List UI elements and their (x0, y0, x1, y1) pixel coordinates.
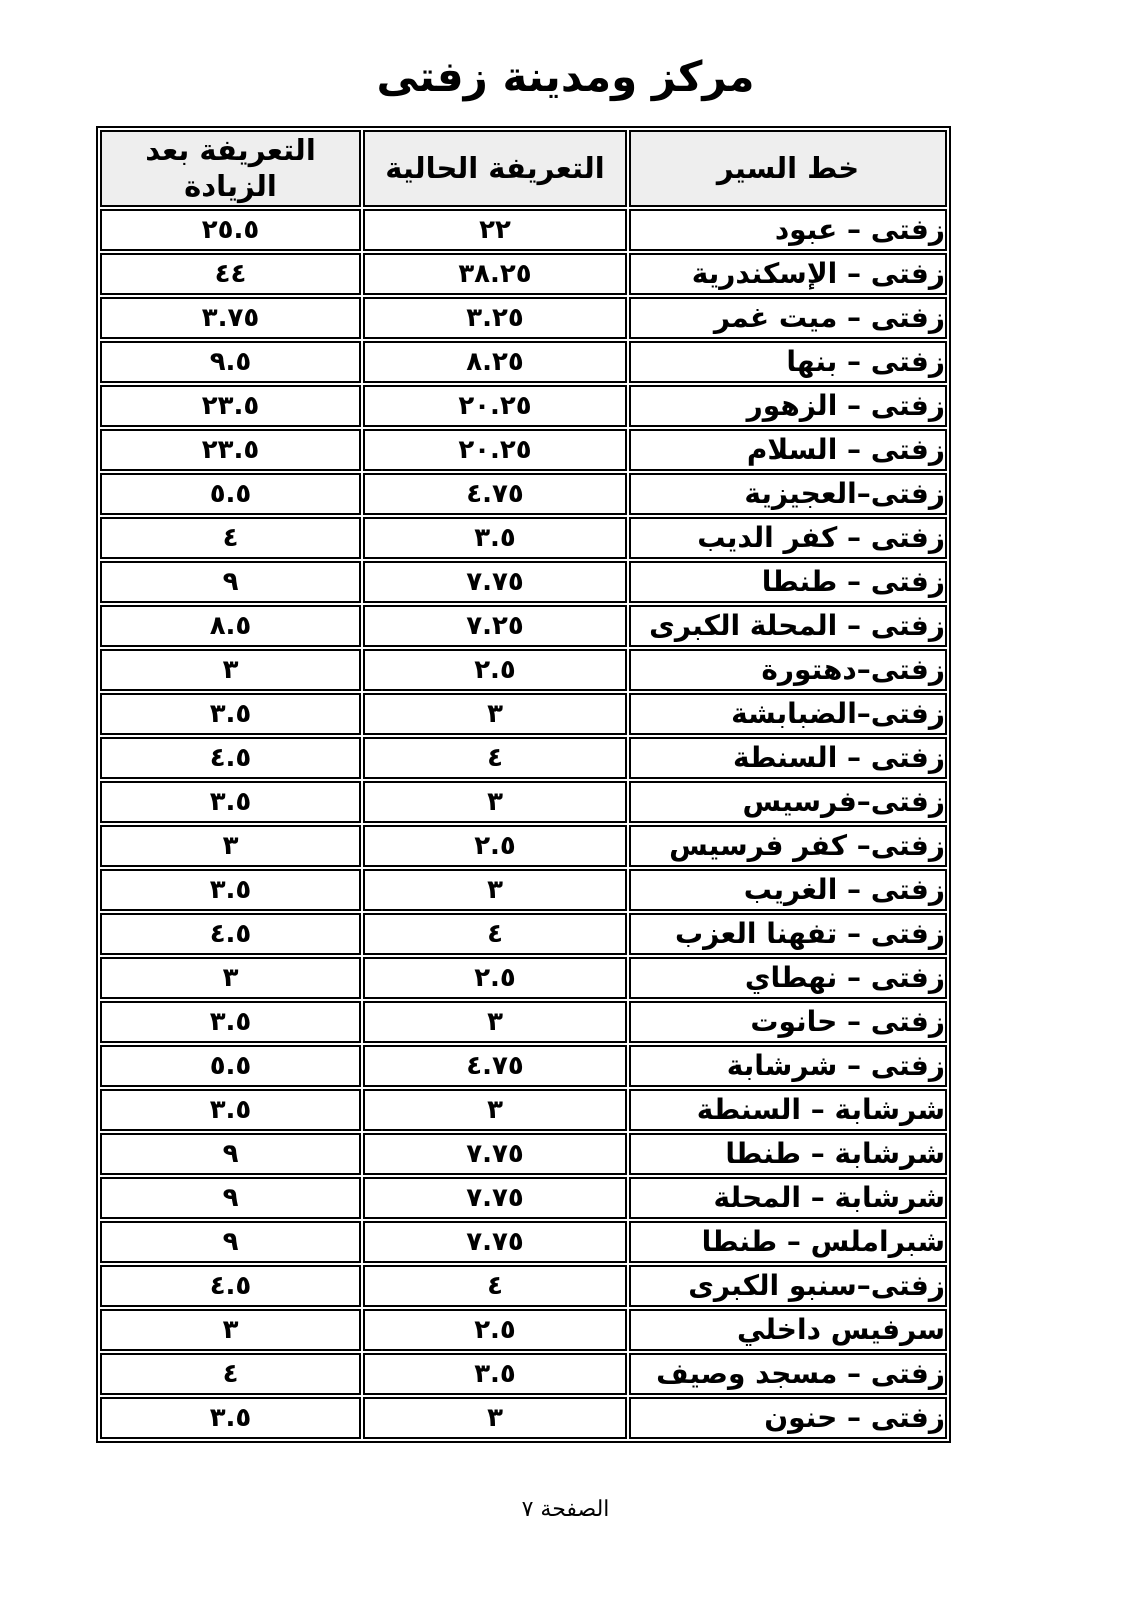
route-cell: زفتى – شرشابة (629, 1045, 947, 1087)
table-row: زفتى–فرسيس ٣ ٣.٥ (100, 781, 947, 823)
route-cell: زفتى – نهطاي (629, 957, 947, 999)
current-tariff-cell: ٤.٧٥ (363, 473, 627, 515)
route-cell: زفتى–دهتورة (629, 649, 947, 691)
after-tariff-cell: ٩ (100, 1177, 361, 1219)
route-cell: زفتى – ميت غمر (629, 297, 947, 339)
after-tariff-cell: ٩.٥ (100, 341, 361, 383)
after-tariff-cell: ٣.٥ (100, 781, 361, 823)
current-tariff-cell: ٣ (363, 781, 627, 823)
after-tariff-cell: ٤٤ (100, 253, 361, 295)
after-tariff-cell: ٢٣.٥ (100, 429, 361, 471)
after-tariff-cell: ٣ (100, 825, 361, 867)
after-tariff-cell: ٣ (100, 957, 361, 999)
after-tariff-cell: ٣.٧٥ (100, 297, 361, 339)
table-row: زفتى – نهطاي ٢.٥ ٣ (100, 957, 947, 999)
table-row: سرفيس داخلي ٢.٥ ٣ (100, 1309, 947, 1351)
table-row: زفتى– كفر فرسيس ٢.٥ ٣ (100, 825, 947, 867)
current-tariff-cell: ٣ (363, 1089, 627, 1131)
route-cell: زفتى – الزهور (629, 385, 947, 427)
current-tariff-cell: ٢٠.٢٥ (363, 429, 627, 471)
route-cell: زفتى – طنطا (629, 561, 947, 603)
table-row: شرشابة – المحلة ٧.٧٥ ٩ (100, 1177, 947, 1219)
table-row: زفتى – مسجد وصيف ٣.٥ ٤ (100, 1353, 947, 1395)
table-row: زفتى–سنبو الكبرى ٤ ٤.٥ (100, 1265, 947, 1307)
table-row: زفتى – السلام ٢٠.٢٥ ٢٣.٥ (100, 429, 947, 471)
route-cell: زفتى – بنها (629, 341, 947, 383)
tariff-table: خط السير التعريفة الحالية التعريفة بعد ا… (96, 126, 951, 1443)
current-tariff-cell: ٤ (363, 737, 627, 779)
table-row: زفتى – حانوت ٣ ٣.٥ (100, 1001, 947, 1043)
page-number: الصفحة ٧ (0, 1497, 1131, 1522)
table-row: زفتى–الضبابشة ٣ ٣.٥ (100, 693, 947, 735)
current-tariff-cell: ٢.٥ (363, 957, 627, 999)
route-cell: شرشابة – المحلة (629, 1177, 947, 1219)
route-cell: زفتى – كفر الديب (629, 517, 947, 559)
route-cell: زفتى – السلام (629, 429, 947, 471)
header-after-increase-tariff: التعريفة بعد الزيادة (100, 130, 361, 207)
after-tariff-cell: ٢٣.٥ (100, 385, 361, 427)
table-row: زفتى – ميت غمر ٣.٢٥ ٣.٧٥ (100, 297, 947, 339)
table-row: زفتى – المحلة الكبرى ٧.٢٥ ٨.٥ (100, 605, 947, 647)
after-tariff-cell: ٣.٥ (100, 693, 361, 735)
after-tariff-cell: ٥.٥ (100, 473, 361, 515)
route-cell: زفتى–سنبو الكبرى (629, 1265, 947, 1307)
current-tariff-cell: ٧.٧٥ (363, 1177, 627, 1219)
current-tariff-cell: ٣ (363, 1001, 627, 1043)
page-title: مركز ومدينة زفتى (0, 52, 1131, 101)
after-tariff-cell: ٣ (100, 1309, 361, 1351)
after-tariff-cell: ٣.٥ (100, 1001, 361, 1043)
current-tariff-cell: ٢.٥ (363, 825, 627, 867)
current-tariff-cell: ٢٢ (363, 209, 627, 251)
current-tariff-cell: ٤ (363, 913, 627, 955)
current-tariff-cell: ٧.٧٥ (363, 1133, 627, 1175)
route-cell: زفتى – المحلة الكبرى (629, 605, 947, 647)
after-tariff-cell: ٤.٥ (100, 737, 361, 779)
table-row: زفتى – حنون ٣ ٣.٥ (100, 1397, 947, 1439)
table-row: شرشابة – طنطا ٧.٧٥ ٩ (100, 1133, 947, 1175)
table-row: زفتى – كفر الديب ٣.٥ ٤ (100, 517, 947, 559)
current-tariff-cell: ٧.٧٥ (363, 1221, 627, 1263)
route-cell: زفتى – حنون (629, 1397, 947, 1439)
current-tariff-cell: ٣ (363, 693, 627, 735)
after-tariff-cell: ٥.٥ (100, 1045, 361, 1087)
route-cell: زفتى – مسجد وصيف (629, 1353, 947, 1395)
current-tariff-cell: ٣.٥ (363, 517, 627, 559)
after-tariff-cell: ٨.٥ (100, 605, 361, 647)
route-cell: زفتى–العجيزية (629, 473, 947, 515)
current-tariff-cell: ٣.٥ (363, 1353, 627, 1395)
table-row: زفتى – طنطا ٧.٧٥ ٩ (100, 561, 947, 603)
after-tariff-cell: ٤ (100, 1353, 361, 1395)
table-row: زفتى – الإسكندرية ٣٨.٢٥ ٤٤ (100, 253, 947, 295)
route-cell: زفتى – عبود (629, 209, 947, 251)
current-tariff-cell: ٤ (363, 1265, 627, 1307)
route-cell: زفتى–الضبابشة (629, 693, 947, 735)
current-tariff-cell: ٣ (363, 1397, 627, 1439)
table-row: زفتى – الغريب ٣ ٣.٥ (100, 869, 947, 911)
route-cell: شبراملس – طنطا (629, 1221, 947, 1263)
route-cell: زفتى – الإسكندرية (629, 253, 947, 295)
after-tariff-cell: ٢٥.٥ (100, 209, 361, 251)
header-current-tariff: التعريفة الحالية (363, 130, 627, 207)
route-cell: شرشابة – السنطة (629, 1089, 947, 1131)
route-cell: زفتى – تفهنا العزب (629, 913, 947, 955)
header-route: خط السير (629, 130, 947, 207)
table-row: شرشابة – السنطة ٣ ٣.٥ (100, 1089, 947, 1131)
table-row: زفتى–دهتورة ٢.٥ ٣ (100, 649, 947, 691)
table-header-row: خط السير التعريفة الحالية التعريفة بعد ا… (100, 130, 947, 207)
route-cell: زفتى – حانوت (629, 1001, 947, 1043)
current-tariff-cell: ٢.٥ (363, 1309, 627, 1351)
after-tariff-cell: ٩ (100, 561, 361, 603)
current-tariff-cell: ٣.٢٥ (363, 297, 627, 339)
current-tariff-cell: ٣٨.٢٥ (363, 253, 627, 295)
route-cell: شرشابة – طنطا (629, 1133, 947, 1175)
after-tariff-cell: ٣.٥ (100, 1397, 361, 1439)
after-tariff-cell: ٩ (100, 1221, 361, 1263)
route-cell: سرفيس داخلي (629, 1309, 947, 1351)
route-cell: زفتى – الغريب (629, 869, 947, 911)
current-tariff-cell: ٣ (363, 869, 627, 911)
route-cell: زفتى– كفر فرسيس (629, 825, 947, 867)
table-row: زفتى – شرشابة ٤.٧٥ ٥.٥ (100, 1045, 947, 1087)
current-tariff-cell: ٤.٧٥ (363, 1045, 627, 1087)
table-row: شبراملس – طنطا ٧.٧٥ ٩ (100, 1221, 947, 1263)
route-cell: زفتى – السنطة (629, 737, 947, 779)
table-row: زفتى–العجيزية ٤.٧٥ ٥.٥ (100, 473, 947, 515)
table-row: زفتى – عبود ٢٢ ٢٥.٥ (100, 209, 947, 251)
route-cell: زفتى–فرسيس (629, 781, 947, 823)
table-row: زفتى – الزهور ٢٠.٢٥ ٢٣.٥ (100, 385, 947, 427)
current-tariff-cell: ٨.٢٥ (363, 341, 627, 383)
after-tariff-cell: ٤.٥ (100, 913, 361, 955)
after-tariff-cell: ٣.٥ (100, 1089, 361, 1131)
table-row: زفتى – السنطة ٤ ٤.٥ (100, 737, 947, 779)
after-tariff-cell: ٩ (100, 1133, 361, 1175)
after-tariff-cell: ٣ (100, 649, 361, 691)
current-tariff-cell: ٧.٢٥ (363, 605, 627, 647)
after-tariff-cell: ٤.٥ (100, 1265, 361, 1307)
current-tariff-cell: ٢٠.٢٥ (363, 385, 627, 427)
current-tariff-cell: ٢.٥ (363, 649, 627, 691)
current-tariff-cell: ٧.٧٥ (363, 561, 627, 603)
after-tariff-cell: ٤ (100, 517, 361, 559)
after-tariff-cell: ٣.٥ (100, 869, 361, 911)
table-row: زفتى – تفهنا العزب ٤ ٤.٥ (100, 913, 947, 955)
table-row: زفتى – بنها ٨.٢٥ ٩.٥ (100, 341, 947, 383)
